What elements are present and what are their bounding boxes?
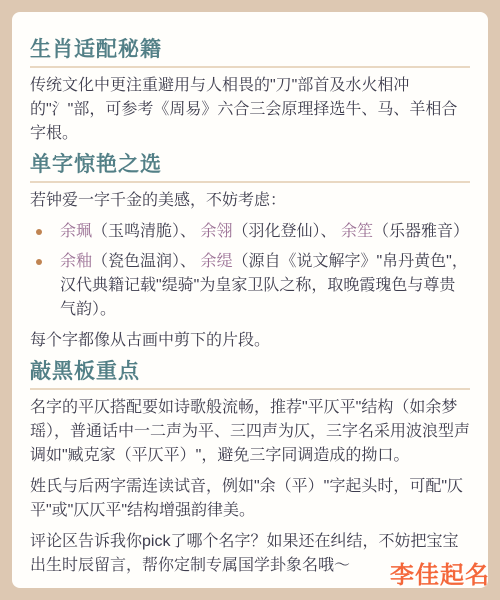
section-heading-key-points: 敲黑板重点 <box>30 360 470 384</box>
section-zodiac: 生肖适配秘籍 传统文化中更注重避用与人相畏的"刀"部首及水火相冲的"氵"部，可参… <box>30 38 470 146</box>
single-char-closing: 每个字都像从古画中剪下的片段。 <box>30 329 470 353</box>
article-card: 生肖适配秘籍 传统文化中更注重避用与人相畏的"刀"部首及水火相冲的"氵"部，可参… <box>12 12 488 588</box>
heading-divider <box>30 181 470 183</box>
name-annotation: （羽化登仙）、 <box>232 223 340 240</box>
name-annotation: （瓷色温润）、 <box>92 253 200 270</box>
name-suggestions-list: 余珮（玉鸣清脆）、 余翎（羽化登仙）、 余笙（乐器雅音） 余釉（瓷色温润）、 余… <box>30 220 470 322</box>
section-heading-zodiac: 生肖适配秘籍 <box>30 38 470 62</box>
key-points-paragraph-2: 姓氏与后两字需连读试音，例如"余（平）"字起头时，可配"仄平"或"仄仄平"结构增… <box>30 475 470 523</box>
section-key-points: 敲黑板重点 名字的平仄搭配要如诗歌般流畅，推荐"平仄平"结构（如余梦瑶），普通话… <box>30 360 470 578</box>
name-highlight: 余缇 <box>200 253 232 270</box>
name-annotation: （玉鸣清脆）、 <box>92 223 200 240</box>
section-heading-single-char: 单字惊艳之选 <box>30 153 470 177</box>
name-highlight: 余珮 <box>60 223 92 240</box>
name-suggestion-item-1: 余珮（玉鸣清脆）、 余翎（羽化登仙）、 余笙（乐器雅音） <box>60 220 470 244</box>
key-points-paragraph-1: 名字的平仄搭配要如诗歌般流畅，推荐"平仄平"结构（如余梦瑶），普通话中一二声为平… <box>30 396 470 468</box>
name-highlight: 余翎 <box>200 223 232 240</box>
name-suggestion-item-2: 余釉（瓷色温润）、 余缇（源自《说文解字》"帛丹黄色"，汉代典籍记载"缇骑"为皇… <box>60 250 470 322</box>
section-single-char: 单字惊艳之选 若钟爱一字千金的美感，不妨考虑： 余珮（玉鸣清脆）、 余翎（羽化登… <box>30 153 470 353</box>
watermark: 李佳起名 <box>390 555 490 590</box>
heading-divider <box>30 388 470 390</box>
name-annotation: （乐器雅音） <box>373 223 469 240</box>
single-char-intro: 若钟爱一字千金的美感，不妨考虑： <box>30 189 470 213</box>
page: 生肖适配秘籍 传统文化中更注重避用与人相畏的"刀"部首及水火相冲的"氵"部，可参… <box>0 0 500 600</box>
zodiac-paragraph: 传统文化中更注重避用与人相畏的"刀"部首及水火相冲的"氵"部，可参考《周易》六合… <box>30 74 470 146</box>
name-highlight: 余釉 <box>60 253 92 270</box>
name-highlight: 余笙 <box>341 223 373 240</box>
heading-divider <box>30 66 470 68</box>
